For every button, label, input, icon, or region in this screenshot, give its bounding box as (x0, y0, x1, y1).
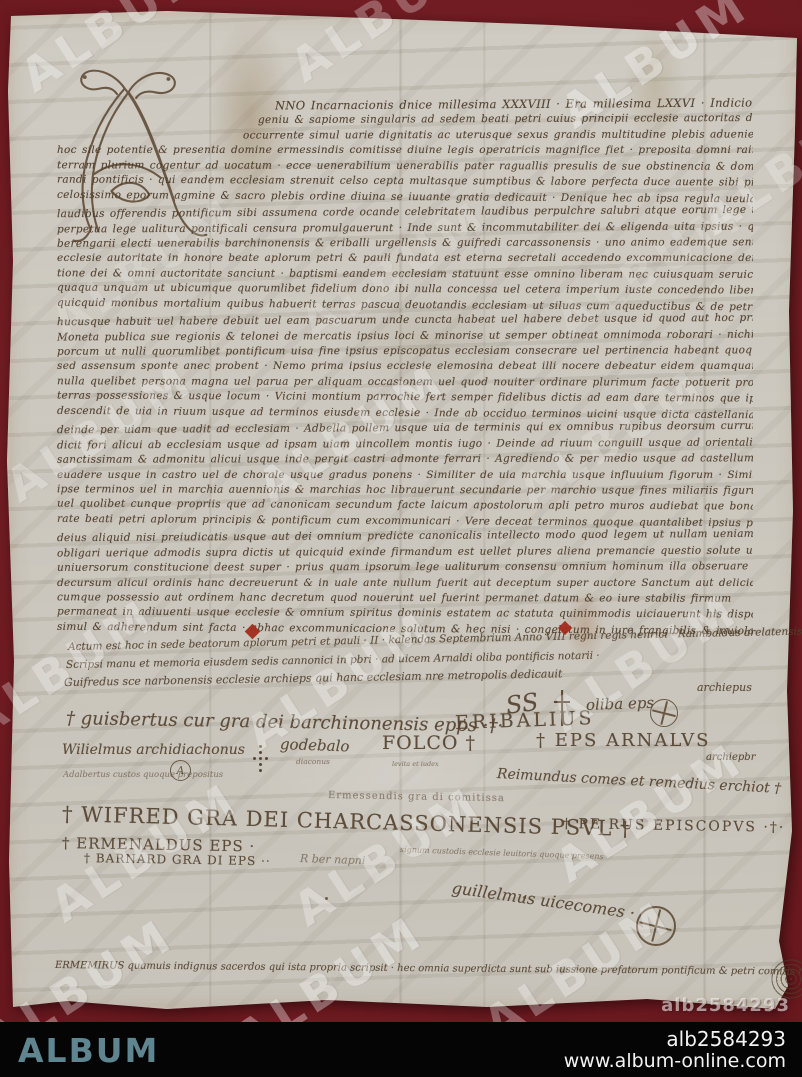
parchment-sheet (7, 11, 799, 1009)
album-brand-logo: ALBUM (18, 1031, 159, 1070)
website-url: www.album-online.com (564, 1051, 786, 1073)
stock-photo-page: NNO Incarnacionis dnice millesima XXXVII… (0, 0, 802, 1077)
footer-credits: alb2584293 www.album-online.com (564, 1028, 786, 1073)
footer-bar: ALBUM alb2584293 www.album-online.com (0, 1022, 802, 1077)
parchment-shadow-wrap (0, 0, 802, 1077)
image-id: alb2584293 (564, 1028, 786, 1051)
corner-id-watermark: alb2584293 (661, 995, 790, 1016)
